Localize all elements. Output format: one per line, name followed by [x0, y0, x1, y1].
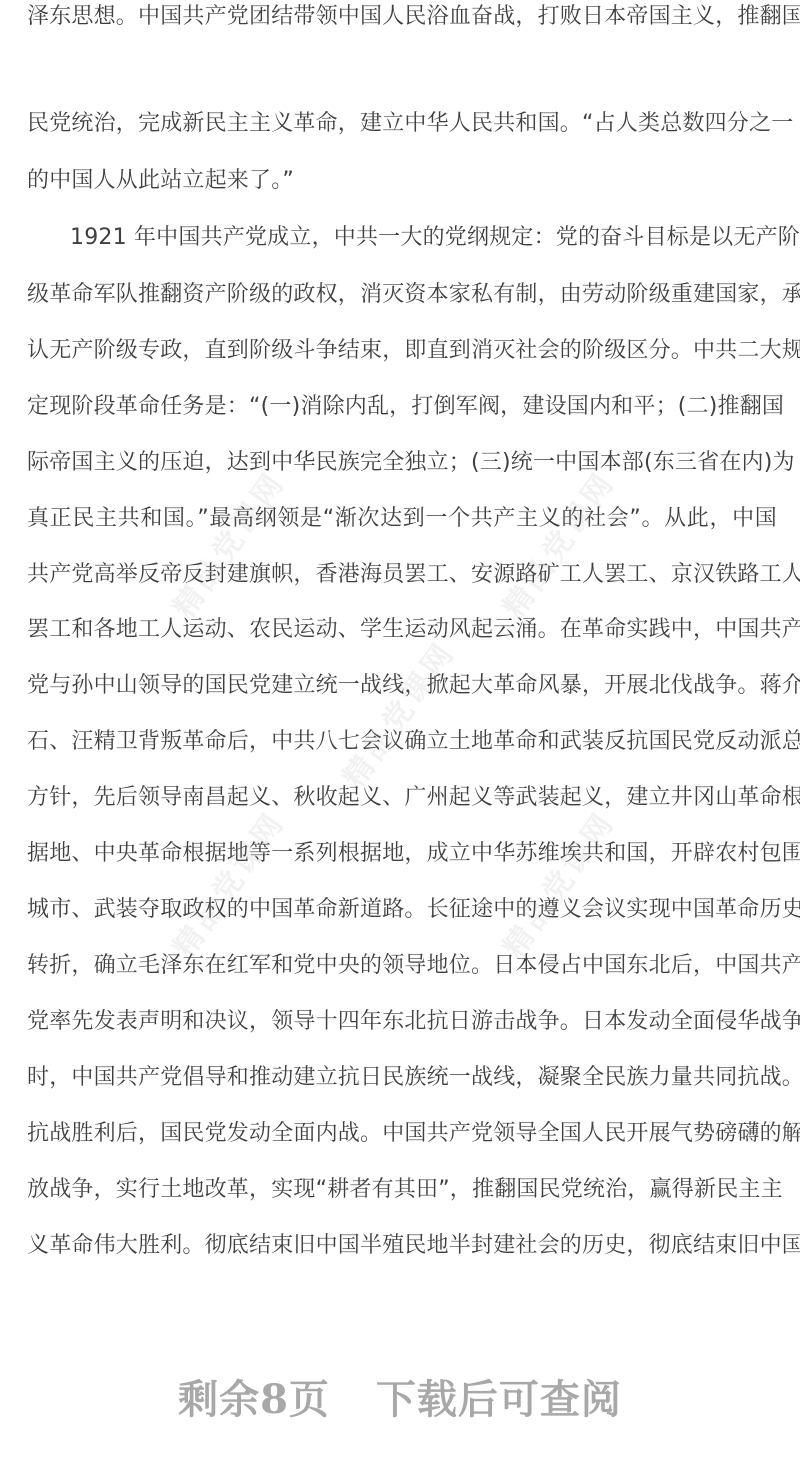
- watermark: 精品党课网: [490, 801, 624, 965]
- text-line: 放战争，实行土地改革，实现“耕者有其田”，推翻国民党统治，赢得新民主主: [27, 1175, 777, 1205]
- text-line: 时，中国共产党倡导和推动建立抗日民族统一战线，凝聚全民族力量共同抗战。: [27, 1063, 777, 1093]
- download-banner[interactable]: 剩余8页下载后可查阅: [0, 1368, 800, 1425]
- text-line: 转折，确立毛泽东在红军和党中央的领导地位。日本侵占中国东北后，中国共产: [27, 951, 777, 981]
- text-line: 泽东思想。中国共产党团结带领中国人民浴血奋战，打败日本帝国主义，推翻国: [27, 2, 777, 32]
- watermark: 精品党课网: [160, 461, 294, 625]
- text-line: 级革命军队推翻资产阶级的政权，消灭资本家私有制，由劳动阶级重建国家，承: [27, 280, 777, 310]
- text-line: 党率先发表声明和决议，领导十四年东北抗日游击战争。日本发动全面侵华战争: [27, 1007, 777, 1037]
- text-line: 的中国人从此站立起来了。”: [27, 166, 777, 196]
- text-line: 定现阶段革命任务是：“(一)消除内乱，打倒军阀，建设国内和平；(二)推翻国: [27, 392, 777, 422]
- watermark: 精品党课网: [160, 801, 294, 965]
- text-line: 方针，先后领导南昌起义、秋收起义、广州起义等武装起义，建立井冈山革命根: [27, 783, 777, 813]
- text-line: 抗战胜利后，国民党发动全面内战。中国共产党领导全国人民开展气势磅礴的解: [27, 1119, 777, 1149]
- text-line: 际帝国主义的压迫，达到中华民族完全独立；(三)统一中国本部(东三省在内)为: [27, 448, 777, 478]
- watermark: 精品党课网: [330, 631, 464, 795]
- text-line: 罢工和各地工人运动、农民运动、学生运动风起云涌。在革命实践中，中国共产: [27, 615, 777, 645]
- text-line: 真正民主共和国。”最高纲领是“渐次达到一个共产主义的社会”。从此，中国: [27, 504, 777, 534]
- download-hint-label: 下载后可查阅: [376, 1368, 622, 1425]
- watermark: 精品党课网: [490, 461, 624, 625]
- text-line: 党与孙中山领导的国民党建立统一战线，掀起大革命风暴，开展北伐战争。蒋介: [27, 671, 777, 701]
- text-line: 共产党高举反帝反封建旗帜，香港海员罢工、安源路矿工人罢工、京汉铁路工人: [27, 560, 777, 590]
- remaining-pages-label: 剩余8页: [178, 1368, 330, 1425]
- text-line: 民党统治，完成新民主主义革命，建立中华人民共和国。“占人类总数四分之一: [27, 109, 777, 139]
- text-line-paragraph-start: 1921 年中国共产党成立，中共一大的党纲规定：党的奋斗目标是以无产阶: [70, 223, 775, 253]
- text-line: 义革命伟大胜利。彻底结束旧中国半殖民地半封建社会的历史，彻底结束旧中国: [27, 1231, 777, 1261]
- text-line: 石、汪精卫背叛革命后，中共八七会议确立土地革命和武装反抗国民党反动派总: [27, 727, 777, 757]
- text-line: 据地、中央革命根据地等一系列根据地，成立中华苏维埃共和国，开辟农村包围: [27, 839, 777, 869]
- text-line: 认无产阶级专政，直到阶级斗争结束，即直到消灭社会的阶级区分。中共二大规: [27, 336, 777, 366]
- text-line: 城市、武装夺取政权的中国革命新道路。长征途中的遵义会议实现中国革命历史: [27, 895, 777, 925]
